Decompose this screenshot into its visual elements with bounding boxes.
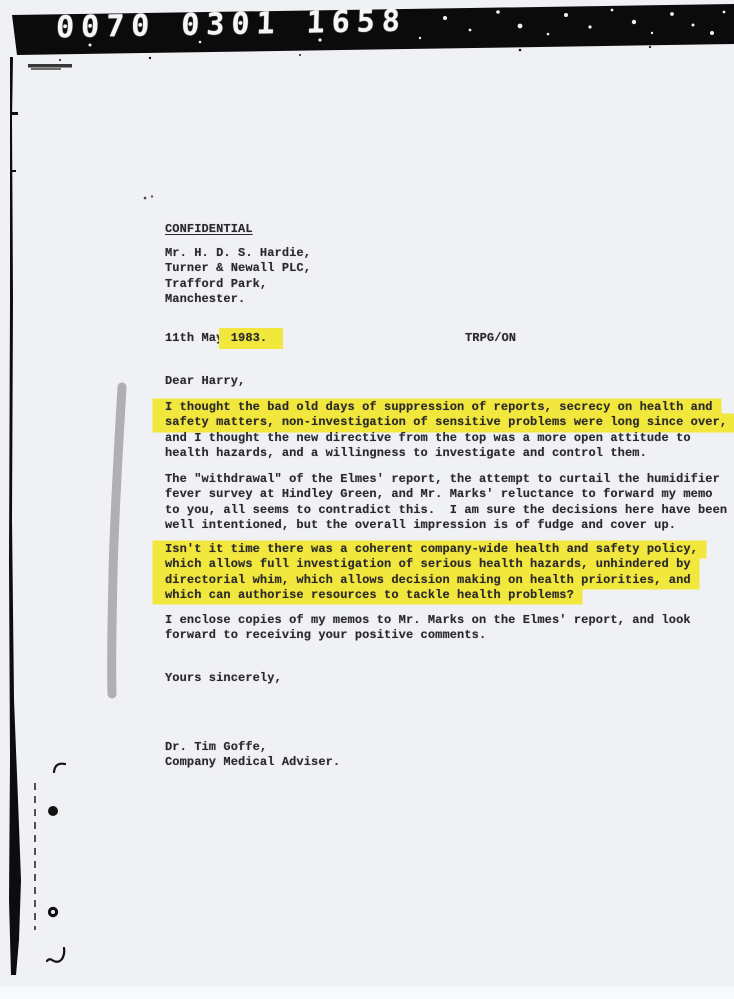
paragraph-line: which allows full investigation of serio…	[165, 557, 691, 572]
paragraph-line: The "withdrawal" of the Elmes' report, t…	[165, 472, 720, 487]
scan-left-edge	[9, 57, 21, 975]
date-text: 11th May	[165, 331, 231, 345]
paragraph-line: health hazards, and a willingness to inv…	[165, 446, 647, 461]
recipient-line: Trafford Park,	[165, 277, 267, 292]
header-stamp-digits: 0070 0301 1658	[55, 4, 407, 46]
signature-title: Company Medical Adviser.	[165, 755, 340, 770]
signature-name: Dr. Tim Goffe,	[165, 740, 267, 755]
scanned-letter-page: 0070 0301 1658 CONFIDENTIAL Mr. H. D. S.…	[0, 0, 734, 999]
paragraph-line: and I thought the new directive from the…	[165, 431, 691, 446]
closing: Yours sincerely,	[165, 671, 282, 686]
paragraph-line: safety matters, non-investigation of sen…	[165, 415, 727, 430]
paragraph-line: Isn't it time there was a coherent compa…	[165, 542, 698, 557]
paragraph-line: fever survey at Hindley Green, and Mr. M…	[165, 487, 713, 502]
body-paragraph-4: I enclose copies of my memos to Mr. Mark…	[165, 613, 691, 644]
recipient-line: Turner & Newall PLC,	[165, 261, 311, 276]
body-paragraph-1: I thought the bad old days of suppressio…	[165, 400, 727, 461]
paragraph-line: forward to receiving your positive comme…	[165, 628, 486, 643]
reference-code: TRPG/ON	[465, 331, 516, 346]
date-highlight: 1983.	[231, 331, 268, 346]
paragraph-line: I thought the bad old days of suppressio…	[165, 400, 713, 415]
punch-hole-mark	[48, 907, 58, 917]
body-paragraph-3: Isn't it time there was a coherent compa…	[165, 542, 698, 603]
paragraph-line: I enclose copies of my memos to Mr. Mark…	[165, 613, 691, 628]
salutation: Dear Harry,	[165, 374, 245, 389]
paragraph-line: directorial whim, which allows decision …	[165, 573, 691, 588]
paragraph-line: which can authorise resources to tackle …	[165, 588, 574, 603]
recipient-address: Mr. H. D. S. Hardie,Turner & Newall PLC,…	[165, 246, 311, 307]
grey-smudge-mark	[112, 387, 122, 694]
punch-hole-mark	[48, 806, 58, 816]
body-paragraph-2: The "withdrawal" of the Elmes' report, t…	[165, 472, 727, 533]
paragraph-line: well intentioned, but the overall impres…	[165, 518, 676, 533]
scan-bottom-strip	[0, 987, 734, 999]
recipient-line: Manchester.	[165, 292, 245, 307]
classification-heading: CONFIDENTIAL	[165, 222, 253, 237]
date-line: 11th May 1983.	[165, 331, 267, 346]
paragraph-line: to you, all seems to contradict this. I …	[165, 503, 727, 518]
recipient-line: Mr. H. D. S. Hardie,	[165, 246, 311, 261]
